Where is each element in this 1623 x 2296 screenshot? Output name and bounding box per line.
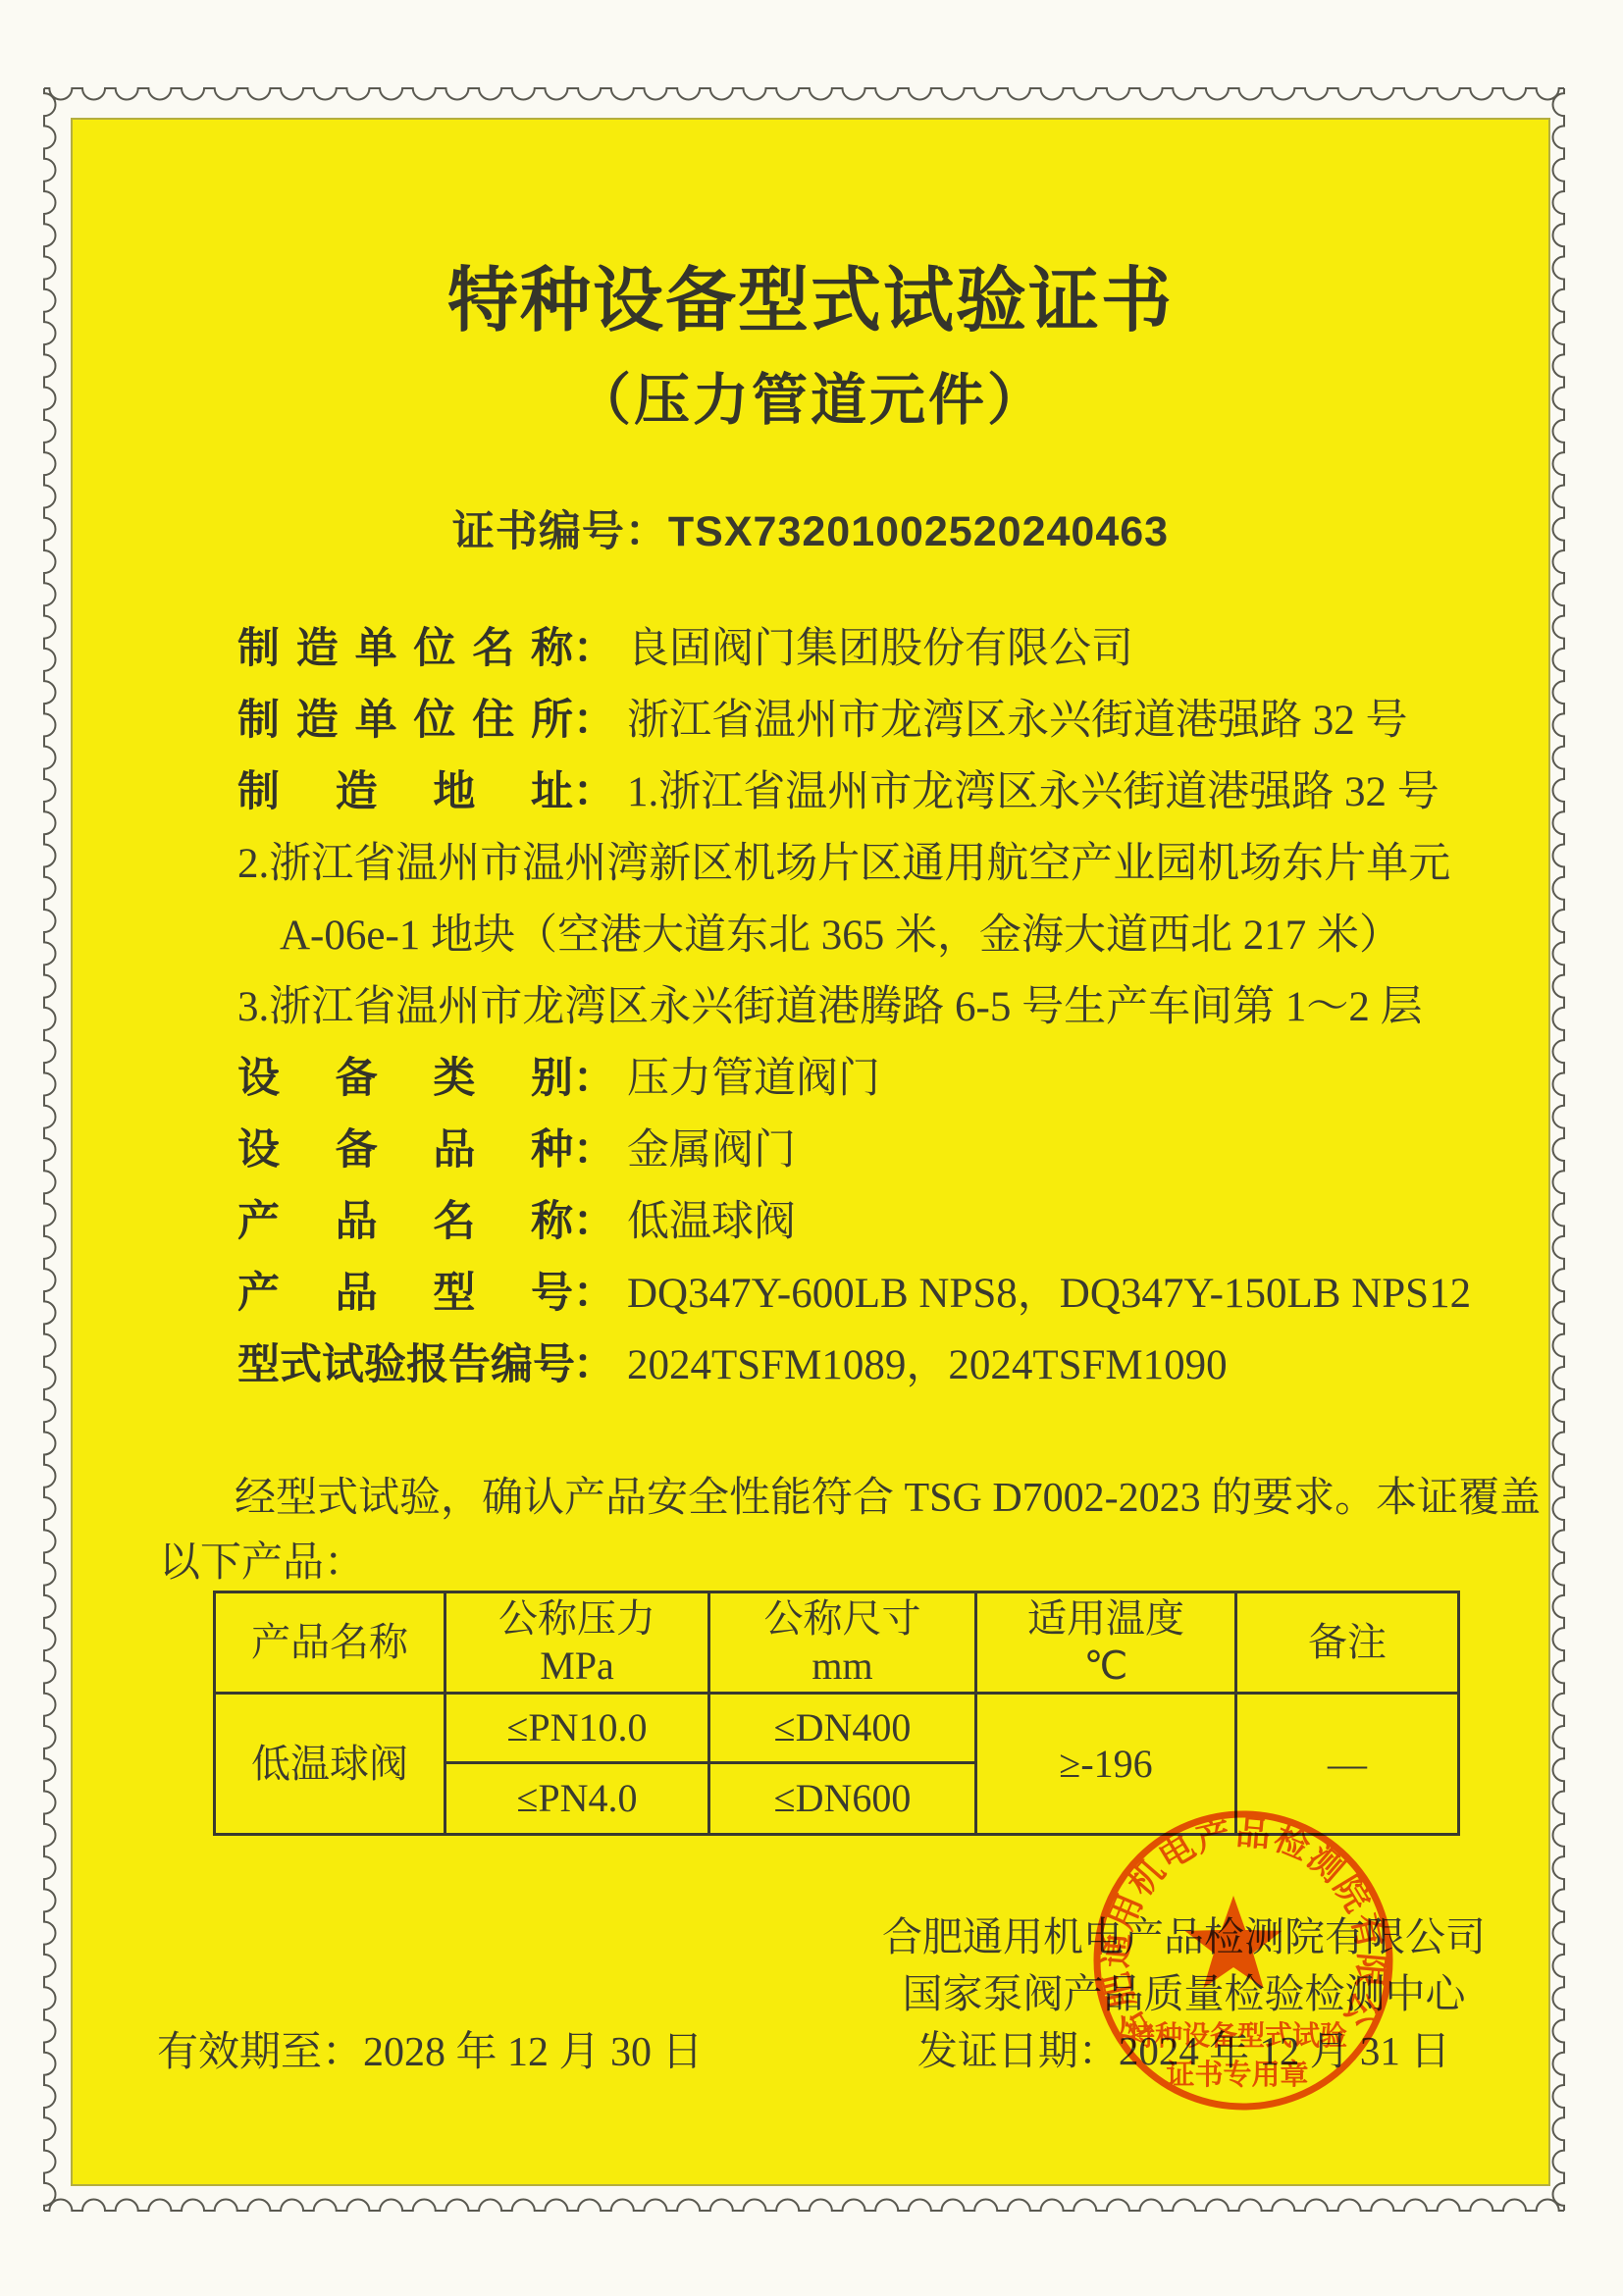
colon: ：: [573, 625, 615, 672]
stamp-ring-text: 合肥通用机电产品检测院有限公司: [1047, 1764, 1390, 2052]
field-value: DQ347Y-600LB NPS8，DQ347Y-150LB NPS12: [627, 1271, 1471, 1317]
header-line1: 适用温度: [977, 1595, 1234, 1643]
field-manufacturer-address: 制造单位住所：浙江省温州市龙湾区永兴街道港强路 32 号: [237, 685, 1535, 757]
manufacturing-address-line-3: 3.浙江省温州市龙湾区永兴街道港腾路 6-5 号生产车间第 1～2 层: [237, 971, 1535, 1043]
field-test-report-number: 型式试验报告编号：2024TSFM1089，2024TSFM1090: [237, 1330, 1535, 1401]
certificate-number-value: TSX73201002520240463: [668, 508, 1169, 555]
stamp-line2: 证书专用章: [1166, 2058, 1308, 2091]
cell-size-2: ≤DN600: [709, 1763, 976, 1835]
conformity-statement-line1: 经型式试验，确认产品安全性能符合 TSG D7002-2023 的要求。本证覆盖: [159, 1466, 1476, 1531]
header-unit: MPa: [446, 1643, 707, 1690]
header-unit: ℃: [977, 1643, 1234, 1690]
validity-label: 有效期至: [157, 2030, 322, 2075]
field-value: 低温球阀: [627, 1199, 796, 1245]
header-unit: mm: [710, 1643, 974, 1690]
colon: ：: [573, 1055, 615, 1102]
header-applicable-temperature: 适用温度 ℃: [976, 1592, 1236, 1694]
manufacturing-address-line-2b: A-06e-1 地块（空港大道东北 365 米，金海大道西北 217 米）: [237, 900, 1535, 971]
field-product-name: 产品名称：低温球阀: [237, 1186, 1535, 1258]
colon: ：: [573, 1270, 615, 1317]
manufacturing-address-line-2: 2.浙江省温州市温州湾新区机场片区通用航空产业园机场东片单元: [237, 828, 1535, 900]
colon: ：: [322, 2030, 363, 2075]
field-label: 制造单位住所: [237, 685, 573, 757]
colon: ：: [573, 768, 615, 815]
field-label: 制造单位名称: [237, 613, 573, 685]
field-equipment-type: 设备品种：金属阀门: [237, 1115, 1535, 1186]
conformity-statement-line2: 以下产品：: [159, 1531, 1476, 1595]
colon: ：: [625, 508, 668, 555]
cell-product-name: 低温球阀: [215, 1694, 445, 1835]
certificate-number-line: 证书编号：TSX73201002520240463: [73, 498, 1548, 558]
certificate-fields: 制造单位名称：良固阀门集团股份有限公司 制造单位住所：浙江省温州市龙湾区永兴街道…: [237, 613, 1535, 1401]
field-product-model: 产品型号：DQ347Y-600LB NPS8，DQ347Y-150LB NPS1…: [237, 1258, 1535, 1330]
validity-line: 有效期至：2028 年 12 月 30 日: [157, 2025, 704, 2080]
cell-size-1: ≤DN400: [709, 1694, 976, 1763]
colon: ：: [573, 697, 615, 744]
table-row: 低温球阀 ≤PN10.0 ≤DN400 ≥-196 —: [215, 1694, 1459, 1763]
certificate-paper: 特种设备型式试验证书 （压力管道元件） 证书编号：TSX732010025202…: [71, 118, 1550, 2186]
header-product-name: 产品名称: [215, 1592, 445, 1694]
certificate-number-label: 证书编号: [452, 508, 625, 555]
field-value: 金属阀门: [627, 1127, 796, 1174]
official-seal-stamp: 合肥通用机电产品检测院有限公司 特种设备型式试验 证书专用章: [1047, 1764, 1440, 2157]
field-label: 制造地址: [237, 757, 573, 828]
field-value: 1.浙江省温州市龙湾区永兴街道港强路 32 号: [627, 769, 1440, 815]
field-label: 设备品种: [237, 1115, 573, 1186]
header-nominal-size: 公称尺寸 mm: [709, 1592, 976, 1694]
cell-pressure-2: ≤PN4.0: [445, 1763, 709, 1835]
cell-pressure-1: ≤PN10.0: [445, 1694, 709, 1763]
field-label: 型式试验报告编号: [237, 1330, 573, 1401]
colon: ：: [573, 1341, 615, 1388]
field-value: 良固阀门集团股份有限公司: [627, 626, 1133, 672]
field-label: 设备类别: [237, 1043, 573, 1115]
stamp-star-icon: [1185, 1896, 1283, 1988]
field-value: 2024TSFM1089，2024TSFM1090: [627, 1342, 1228, 1388]
validity-date-value: 2028 年 12 月 30 日: [363, 2030, 704, 2075]
field-label: 产品名称: [237, 1186, 573, 1258]
field-equipment-category: 设备类别：压力管道阀门: [237, 1043, 1535, 1115]
field-manufacturing-address: 制造地址：1.浙江省温州市龙湾区永兴街道港强路 32 号: [237, 757, 1535, 828]
table-header-row: 产品名称 公称压力 MPa 公称尺寸 mm 适用温度 ℃ 备注: [215, 1592, 1459, 1694]
certificate-title: 特种设备型式试验证书: [73, 243, 1548, 345]
conformity-statement: 经型式试验，确认产品安全性能符合 TSG D7002-2023 的要求。本证覆盖…: [159, 1466, 1476, 1595]
header-line1: 公称尺寸: [710, 1595, 974, 1643]
certificate-subtitle: （压力管道元件）: [73, 355, 1548, 436]
field-manufacturer-name: 制造单位名称：良固阀门集团股份有限公司: [237, 613, 1535, 685]
field-value: 浙江省温州市龙湾区永兴街道港强路 32 号: [627, 698, 1408, 744]
header-remark: 备注: [1236, 1592, 1459, 1694]
stamp-line1: 特种设备型式试验: [1127, 2020, 1347, 2051]
header-nominal-pressure: 公称压力 MPa: [445, 1592, 709, 1694]
certificate-page: 特种设备型式试验证书 （压力管道元件） 证书编号：TSX732010025202…: [0, 0, 1623, 2296]
field-label: 产品型号: [237, 1258, 573, 1330]
field-value: 压力管道阀门: [627, 1056, 880, 1102]
colon: ：: [573, 1198, 615, 1245]
colon: ：: [573, 1126, 615, 1174]
header-line1: 公称压力: [446, 1595, 707, 1643]
